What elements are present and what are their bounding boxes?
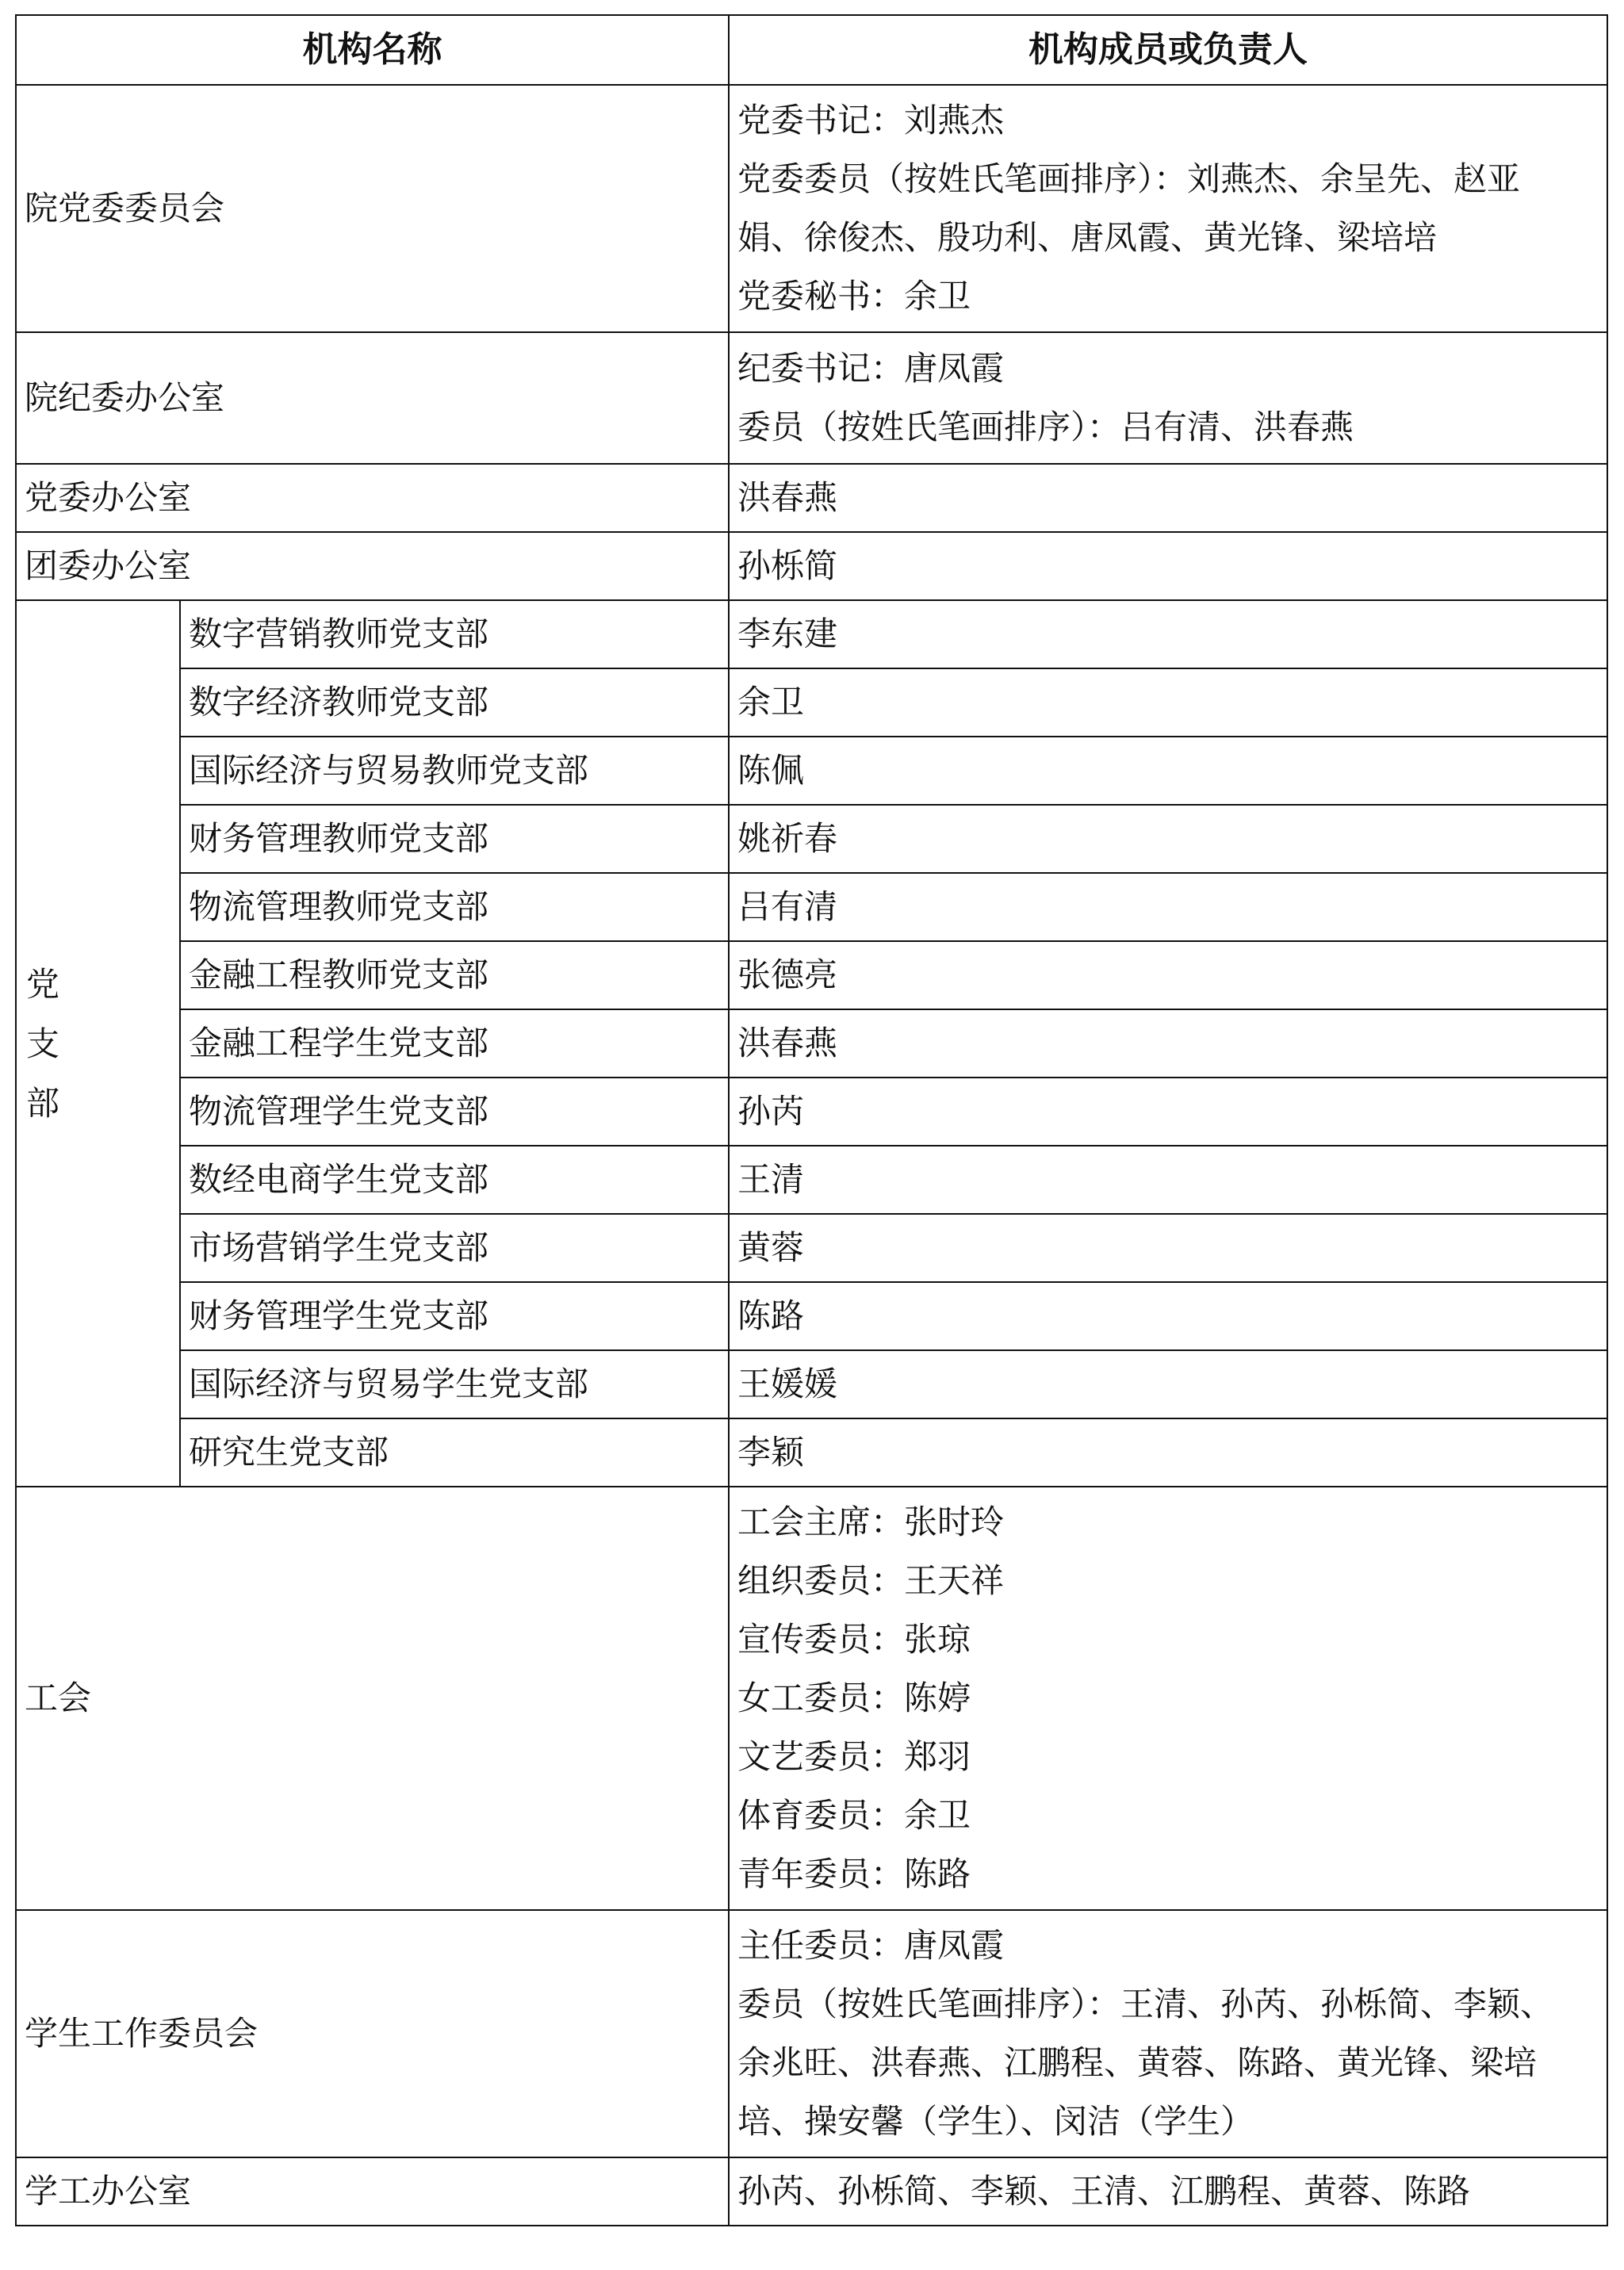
table-row: 团委办公室 孙栎简 [16,532,1607,600]
branch-leader: 吕有清 [729,873,1607,941]
member-line: 党委秘书：余卫 [737,267,1607,326]
member-line: 主任委员：唐凤霞 [737,1916,1607,1975]
branch-leader: 陈佩 [729,737,1607,805]
org-members: 洪春燕 [729,464,1607,532]
org-name: 党委办公室 [16,464,729,532]
member-line: 余兆旺、洪春燕、江鹏程、黄蓉、陈路、黄光锋、梁培 [737,2034,1607,2092]
member-line: 青年委员：陈路 [737,1845,1607,1904]
member-line: 组织委员：王天祥 [737,1552,1607,1610]
org-name: 学生工作委员会 [16,1910,729,2157]
group-label-char: 支 [26,1014,179,1074]
header-members: 机构成员或负责人 [729,15,1607,85]
member-line: 女工委员：陈婷 [737,1669,1607,1728]
branch-name: 物流管理教师党支部 [180,873,729,941]
org-members: 孙芮、孙栎简、李颖、王清、江鹏程、黄蓉、陈路 [729,2157,1607,2226]
organization-table: 机构名称 机构成员或负责人 院党委委员会 党委书记：刘燕杰 党委委员（按姓氏笔画… [15,14,1608,2226]
branch-name: 国际经济与贸易教师党支部 [180,737,729,805]
branch-row: 金融工程教师党支部 张德亮 [16,941,1607,1009]
branch-leader: 余卫 [729,668,1607,737]
branch-name: 数字经济教师党支部 [180,668,729,737]
org-name: 院纪委办公室 [16,332,729,464]
branch-name: 数经电商学生党支部 [180,1146,729,1214]
branch-name: 数字营销教师党支部 [180,600,729,668]
member-line: 文艺委员：郑羽 [737,1728,1607,1786]
branch-leader: 王媛媛 [729,1350,1607,1418]
branch-leader: 李东建 [729,600,1607,668]
table-row: 工会 工会主席：张时玲 组织委员：王天祥 宣传委员：张琼 女工委员：陈婷 文艺委… [16,1487,1607,1910]
org-members: 工会主席：张时玲 组织委员：王天祥 宣传委员：张琼 女工委员：陈婷 文艺委员：郑… [729,1487,1607,1910]
branch-name: 金融工程教师党支部 [180,941,729,1009]
member-line: 培、操安馨（学生）、闵洁（学生） [737,2092,1607,2151]
org-name: 工会 [16,1487,729,1910]
member-line: 纪委书记：唐凤霞 [737,339,1607,398]
org-members: 纪委书记：唐凤霞 委员（按姓氏笔画排序）：吕有清、洪春燕 [729,332,1607,464]
group-label-char: 党 [26,955,179,1014]
branch-leader: 姚祈春 [729,805,1607,873]
branch-row: 国际经济与贸易学生党支部 王媛媛 [16,1350,1607,1418]
branch-leader: 李颖 [729,1418,1607,1487]
branch-leader: 孙芮 [729,1078,1607,1146]
table-row: 院纪委办公室 纪委书记：唐凤霞 委员（按姓氏笔画排序）：吕有清、洪春燕 [16,332,1607,464]
group-label-char: 部 [26,1074,179,1133]
org-members: 党委书记：刘燕杰 党委委员（按姓氏笔画排序）：刘燕杰、余呈先、赵亚 娟、徐俊杰、… [729,85,1607,332]
org-name: 学工办公室 [16,2157,729,2226]
branch-row: 财务管理教师党支部 姚祈春 [16,805,1607,873]
member-line: 宣传委员：张琼 [737,1610,1607,1669]
branch-row: 财务管理学生党支部 陈路 [16,1282,1607,1350]
org-members: 孙栎简 [729,532,1607,600]
branch-name: 研究生党支部 [180,1418,729,1487]
member-line: 党委书记：刘燕杰 [737,91,1607,150]
branch-name: 国际经济与贸易学生党支部 [180,1350,729,1418]
branch-row: 市场营销学生党支部 黄蓉 [16,1214,1607,1282]
branch-leader: 王清 [729,1146,1607,1214]
org-name: 团委办公室 [16,532,729,600]
branch-row: 数字经济教师党支部 余卫 [16,668,1607,737]
org-name: 院党委委员会 [16,85,729,332]
branch-row: 物流管理学生党支部 孙芮 [16,1078,1607,1146]
branch-leader: 黄蓉 [729,1214,1607,1282]
header-org-name: 机构名称 [16,15,729,85]
branch-row: 党 支 部 数字营销教师党支部 李东建 [16,600,1607,668]
member-line: 党委委员（按姓氏笔画排序）：刘燕杰、余呈先、赵亚 [737,150,1607,209]
org-members: 主任委员：唐凤霞 委员（按姓氏笔画排序）：王清、孙芮、孙栎简、李颖、 余兆旺、洪… [729,1910,1607,2157]
member-line: 娟、徐俊杰、殷功利、唐凤霞、黄光锋、梁培培 [737,209,1607,267]
member-line: 委员（按姓氏笔画排序）：吕有清、洪春燕 [737,398,1607,457]
member-line: 体育委员：余卫 [737,1786,1607,1845]
header-row: 机构名称 机构成员或负责人 [16,15,1607,85]
member-line: 工会主席：张时玲 [737,1493,1607,1552]
table-row: 院党委委员会 党委书记：刘燕杰 党委委员（按姓氏笔画排序）：刘燕杰、余呈先、赵亚… [16,85,1607,332]
branch-name: 市场营销学生党支部 [180,1214,729,1282]
branch-name: 物流管理学生党支部 [180,1078,729,1146]
branch-row: 研究生党支部 李颖 [16,1418,1607,1487]
branch-leader: 洪春燕 [729,1009,1607,1078]
table-row: 学工办公室 孙芮、孙栎简、李颖、王清、江鹏程、黄蓉、陈路 [16,2157,1607,2226]
branch-leader: 陈路 [729,1282,1607,1350]
branch-leader: 张德亮 [729,941,1607,1009]
party-branch-group-label: 党 支 部 [16,600,180,1487]
member-line: 委员（按姓氏笔画排序）：王清、孙芮、孙栎简、李颖、 [737,1975,1607,2034]
branch-row: 金融工程学生党支部 洪春燕 [16,1009,1607,1078]
branch-row: 数经电商学生党支部 王清 [16,1146,1607,1214]
branch-name: 财务管理教师党支部 [180,805,729,873]
table-row: 党委办公室 洪春燕 [16,464,1607,532]
branch-row: 物流管理教师党支部 吕有清 [16,873,1607,941]
table-row: 学生工作委员会 主任委员：唐凤霞 委员（按姓氏笔画排序）：王清、孙芮、孙栎简、李… [16,1910,1607,2157]
branch-name: 财务管理学生党支部 [180,1282,729,1350]
branch-row: 国际经济与贸易教师党支部 陈佩 [16,737,1607,805]
branch-name: 金融工程学生党支部 [180,1009,729,1078]
